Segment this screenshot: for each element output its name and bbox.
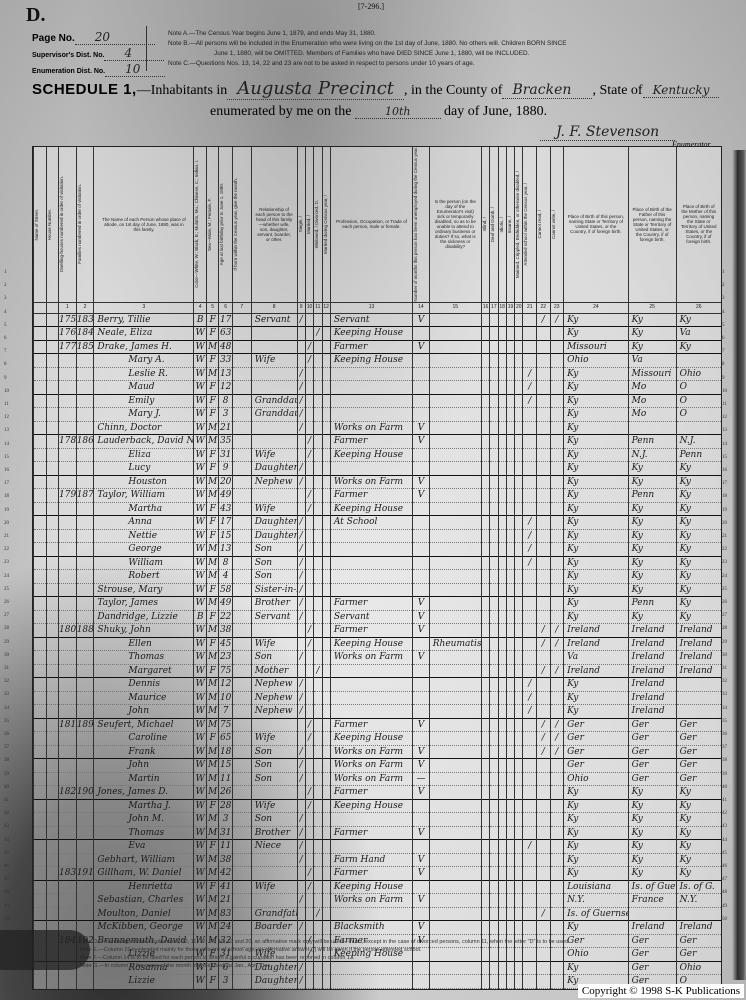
- unemployed-cell: V: [413, 786, 430, 800]
- occupation-cell: [330, 691, 412, 705]
- cannot-read-cell: /: [537, 745, 551, 759]
- married-year-cell: [322, 637, 330, 651]
- name-cell: George: [94, 543, 194, 557]
- table-row: NettieWF15Daughter//KyKyKy: [34, 529, 722, 543]
- cannot-write-cell: [550, 502, 564, 516]
- census-rows: 175183Berry, TillieBF17Servant/ServantV/…: [34, 313, 722, 988]
- sickness-cell: [429, 786, 481, 800]
- birthplace-cell: Ky: [564, 502, 629, 516]
- single-cell: /: [297, 408, 305, 422]
- cannot-read-cell: [537, 853, 551, 867]
- line-number: 20: [4, 521, 9, 526]
- unemployed-cell: [413, 448, 430, 462]
- married-cell: [305, 543, 313, 557]
- deaf-cell: [490, 435, 498, 449]
- maimed-cell: [515, 354, 523, 368]
- line-number: 36: [722, 732, 727, 737]
- unemployed-cell: V: [413, 610, 430, 624]
- line-number: 35: [4, 719, 9, 724]
- line-number: 14: [4, 442, 9, 447]
- mother-birthplace-cell: Ky: [676, 462, 721, 476]
- line-number: 22: [4, 547, 9, 552]
- married-year-cell: [322, 408, 330, 422]
- color-cell: W: [194, 435, 207, 449]
- school-cell: [523, 799, 537, 813]
- cannot-write-cell: [550, 880, 564, 894]
- single-cell: [297, 435, 305, 449]
- widowed-cell: /: [314, 327, 322, 341]
- street-cell: [34, 367, 47, 381]
- color-cell: W: [194, 840, 207, 854]
- widowed-cell: [314, 745, 322, 759]
- insane-cell: [506, 408, 514, 422]
- married-year-cell: [322, 799, 330, 813]
- birthplace-cell: Ky: [564, 961, 629, 975]
- table-row: 178186Lauderback, David N.WM35/FarmerVKy…: [34, 435, 722, 449]
- widowed-cell: [314, 813, 322, 827]
- dwelling-cell: [59, 894, 77, 908]
- dwelling-cell: 175: [59, 313, 77, 327]
- father-birthplace-cell: Ky: [628, 570, 676, 584]
- insane-cell: [506, 664, 514, 678]
- age-cell: 41: [219, 880, 233, 894]
- occupation-cell: Farmer: [330, 867, 412, 881]
- column-number: [34, 302, 47, 313]
- single-cell: [297, 880, 305, 894]
- idiotic-cell: [498, 664, 506, 678]
- single-cell: [297, 867, 305, 881]
- maimed-cell: [515, 556, 523, 570]
- insane-cell: [506, 840, 514, 854]
- family-cell: [76, 759, 94, 773]
- relationship-cell: Wife: [251, 448, 297, 462]
- blind-cell: [481, 691, 489, 705]
- maimed-cell: [515, 516, 523, 530]
- form-letter: D.: [26, 4, 45, 27]
- sex-cell: F: [206, 637, 219, 651]
- maimed-cell: [515, 381, 523, 395]
- unemployed-cell: [413, 543, 430, 557]
- maimed-cell: [515, 529, 523, 543]
- relationship-cell: Nephew: [251, 678, 297, 692]
- supervisor-value: 4: [104, 46, 164, 61]
- color-cell: W: [194, 853, 207, 867]
- widowed-cell: [314, 759, 322, 773]
- sickness-cell: [429, 691, 481, 705]
- single-cell: [297, 502, 305, 516]
- col-name: The Name of each Person whose place of a…: [94, 147, 194, 302]
- name-cell: Mary A.: [94, 354, 194, 368]
- table-row: MaudWF12//KyMoO: [34, 381, 722, 395]
- name-cell: Maurice: [94, 691, 194, 705]
- deaf-cell: [490, 651, 498, 665]
- house-cell: [46, 583, 59, 597]
- color-cell: W: [194, 921, 207, 935]
- relationship-cell: Grandfather: [251, 907, 297, 921]
- school-cell: [523, 826, 537, 840]
- street-cell: [34, 354, 47, 368]
- color-cell: W: [194, 691, 207, 705]
- color-cell: W: [194, 826, 207, 840]
- street-cell: [34, 570, 47, 584]
- birthplace-cell: Ky: [564, 394, 629, 408]
- column-number: 24: [564, 302, 629, 313]
- sickness-cell: [429, 435, 481, 449]
- house-cell: [46, 786, 59, 800]
- widowed-cell: [314, 489, 322, 503]
- dwelling-cell: [59, 813, 77, 827]
- widowed-cell: [314, 826, 322, 840]
- idiotic-cell: [498, 786, 506, 800]
- single-cell: /: [297, 691, 305, 705]
- occupation-cell: Keeping House: [330, 799, 412, 813]
- blind-cell: [481, 448, 489, 462]
- sickness-cell: [429, 489, 481, 503]
- name-cell: John: [94, 759, 194, 773]
- name-cell: Jones, James D.: [94, 786, 194, 800]
- married-cell: [305, 516, 313, 530]
- married-cell: /: [305, 624, 313, 638]
- deaf-cell: [490, 367, 498, 381]
- maimed-cell: [515, 313, 523, 327]
- single-cell: /: [297, 772, 305, 786]
- age-cell: 18: [219, 745, 233, 759]
- mother-birthplace-cell: Ky: [676, 853, 721, 867]
- family-cell: [76, 705, 94, 719]
- married-cell: [305, 894, 313, 908]
- relationship-cell: Brother: [251, 597, 297, 611]
- age-cell: 3: [219, 813, 233, 827]
- cannot-read-cell: [537, 786, 551, 800]
- born-month-cell: [232, 705, 251, 719]
- insane-cell: [506, 597, 514, 611]
- deaf-cell: [490, 718, 498, 732]
- line-number: 8: [722, 362, 725, 367]
- school-cell: /: [523, 516, 537, 530]
- street-cell: [34, 772, 47, 786]
- line-number: 34: [722, 706, 727, 711]
- house-cell: [46, 840, 59, 854]
- family-cell: 189: [76, 718, 94, 732]
- unemployed-cell: [413, 516, 430, 530]
- deaf-cell: [490, 826, 498, 840]
- married-cell: [305, 759, 313, 773]
- unemployed-cell: V: [413, 718, 430, 732]
- married-cell: /: [305, 448, 313, 462]
- dwelling-cell: [59, 448, 77, 462]
- occupation-cell: Keeping House: [330, 732, 412, 746]
- dwelling-cell: [59, 691, 77, 705]
- family-cell: [76, 502, 94, 516]
- single-cell: [297, 799, 305, 813]
- insane-cell: [506, 921, 514, 935]
- blind-cell: [481, 880, 489, 894]
- father-birthplace-cell: Penn: [628, 597, 676, 611]
- married-year-cell: [322, 867, 330, 881]
- line-number: 44: [722, 838, 727, 843]
- deaf-cell: [490, 502, 498, 516]
- blind-cell: [481, 732, 489, 746]
- age-cell: 75: [219, 664, 233, 678]
- relationship-cell: Son: [251, 772, 297, 786]
- line-number: 37: [722, 745, 727, 750]
- school-cell: [523, 313, 537, 327]
- occupation-cell: Works on Farm: [330, 651, 412, 665]
- name-cell: William: [94, 556, 194, 570]
- state-label: , State of: [592, 83, 642, 99]
- married-cell: [305, 745, 313, 759]
- maimed-cell: [515, 637, 523, 651]
- single-cell: /: [297, 475, 305, 489]
- house-cell: [46, 678, 59, 692]
- idiotic-cell: [498, 691, 506, 705]
- cannot-read-cell: [537, 502, 551, 516]
- cannot-write-cell: /: [550, 718, 564, 732]
- deaf-cell: [490, 880, 498, 894]
- maimed-cell: [515, 880, 523, 894]
- married-year-cell: [322, 853, 330, 867]
- relationship-cell: [251, 853, 297, 867]
- family-cell: [76, 651, 94, 665]
- family-cell: [76, 529, 94, 543]
- sex-cell: M: [206, 624, 219, 638]
- married-cell: [305, 462, 313, 476]
- column-number: 17: [490, 302, 498, 313]
- insane-cell: [506, 462, 514, 476]
- house-cell: [46, 826, 59, 840]
- maimed-cell: [515, 543, 523, 557]
- born-month-cell: [232, 732, 251, 746]
- line-number: 32: [722, 679, 727, 684]
- mother-birthplace-cell: Ger: [676, 718, 721, 732]
- line-number: 39: [722, 772, 727, 777]
- insane-cell: [506, 529, 514, 543]
- cannot-write-cell: [550, 583, 564, 597]
- sickness-cell: [429, 624, 481, 638]
- unemployed-cell: V: [413, 340, 430, 354]
- sex-cell: F: [206, 664, 219, 678]
- unemployed-cell: [413, 664, 430, 678]
- father-birthplace-cell: Ky: [628, 853, 676, 867]
- sex-cell: M: [206, 786, 219, 800]
- supervisor-label: Supervisor's Dist. No.: [32, 52, 104, 59]
- sex-cell: M: [206, 421, 219, 435]
- family-cell: [76, 853, 94, 867]
- mother-birthplace-cell: Is. of G.: [676, 880, 721, 894]
- age-cell: 21: [219, 894, 233, 908]
- married-year-cell: [322, 745, 330, 759]
- line-number: 1: [4, 270, 7, 275]
- mother-birthplace-cell: Ireland: [676, 637, 721, 651]
- col-maimed: Maimed, Crippled, Bedridden, or otherwis…: [515, 147, 523, 302]
- school-cell: /: [523, 691, 537, 705]
- unemployed-cell: V: [413, 597, 430, 611]
- father-birthplace-cell: [628, 421, 676, 435]
- relationship-cell: Daughter: [251, 462, 297, 476]
- cannot-read-cell: /: [537, 624, 551, 638]
- birthplace-cell: Ky: [564, 826, 629, 840]
- mother-birthplace-cell: N.J.: [676, 435, 721, 449]
- deaf-cell: [490, 381, 498, 395]
- sex-cell: F: [206, 516, 219, 530]
- single-cell: /: [297, 921, 305, 935]
- line-number: 8: [4, 362, 7, 367]
- column-number: 2: [76, 302, 94, 313]
- sickness-cell: [429, 732, 481, 746]
- single-cell: [297, 354, 305, 368]
- deaf-cell: [490, 705, 498, 719]
- married-year-cell: [322, 691, 330, 705]
- house-cell: [46, 475, 59, 489]
- blind-cell: [481, 759, 489, 773]
- father-birthplace-cell: Ky: [628, 556, 676, 570]
- line-number: 21: [4, 534, 9, 539]
- house-cell: [46, 624, 59, 638]
- deaf-cell: [490, 340, 498, 354]
- col-father-birthplace: Place of Birth of the Father of this per…: [628, 147, 676, 302]
- birthplace-cell: Ky: [564, 799, 629, 813]
- insane-cell: [506, 867, 514, 881]
- house-cell: [46, 516, 59, 530]
- sex-cell: M: [206, 556, 219, 570]
- line-number: 31: [722, 666, 727, 671]
- line-number: 21: [722, 534, 727, 539]
- street-cell: [34, 907, 47, 921]
- married-year-cell: [322, 840, 330, 854]
- dwelling-cell: [59, 570, 77, 584]
- widowed-cell: [314, 583, 322, 597]
- maimed-cell: [515, 475, 523, 489]
- unemployed-cell: [413, 502, 430, 516]
- dwelling-cell: [59, 826, 77, 840]
- relationship-cell: Son: [251, 759, 297, 773]
- line-number: 29: [4, 640, 9, 645]
- widowed-cell: [314, 448, 322, 462]
- single-cell: [297, 489, 305, 503]
- deaf-cell: [490, 813, 498, 827]
- house-cell: [46, 745, 59, 759]
- born-month-cell: [232, 340, 251, 354]
- married-cell: [305, 556, 313, 570]
- color-cell: W: [194, 367, 207, 381]
- father-birthplace-cell: Ireland: [628, 691, 676, 705]
- married-year-cell: [322, 340, 330, 354]
- deaf-cell: [490, 907, 498, 921]
- father-birthplace-cell: Mo: [628, 408, 676, 422]
- table-row: HoustonWM20Nephew/Works on FarmVKyKyKy: [34, 475, 722, 489]
- cannot-read-cell: [537, 394, 551, 408]
- maimed-cell: [515, 327, 523, 341]
- line-number: 19: [722, 508, 727, 513]
- table-row: DennisWM12Nephew//KyIreland: [34, 678, 722, 692]
- birthplace-cell: Ky: [564, 867, 629, 881]
- widowed-cell: [314, 624, 322, 638]
- relationship-cell: Son: [251, 570, 297, 584]
- name-cell: Taylor, James: [94, 597, 194, 611]
- birthplace-cell: Ky: [564, 435, 629, 449]
- idiotic-cell: [498, 732, 506, 746]
- table-row: CarolineWF65Wife/Keeping House//GerGerGe…: [34, 732, 722, 746]
- line-number: 7: [4, 349, 7, 354]
- married-year-cell: [322, 313, 330, 327]
- cannot-read-cell: /: [537, 313, 551, 327]
- mother-birthplace-cell: Ky: [676, 313, 721, 327]
- sickness-cell: [429, 502, 481, 516]
- blind-cell: [481, 637, 489, 651]
- school-cell: [523, 867, 537, 881]
- married-cell: [305, 381, 313, 395]
- sex-cell: F: [206, 840, 219, 854]
- maimed-cell: [515, 975, 523, 989]
- street-cell: [34, 718, 47, 732]
- relationship-cell: Son: [251, 813, 297, 827]
- cannot-read-cell: /: [537, 907, 551, 921]
- occupation-cell: [330, 462, 412, 476]
- family-cell: [76, 462, 94, 476]
- house-cell: [46, 489, 59, 503]
- blind-cell: [481, 813, 489, 827]
- born-month-cell: [232, 786, 251, 800]
- family-cell: 187: [76, 489, 94, 503]
- mother-birthplace-cell: Ireland: [676, 664, 721, 678]
- idiotic-cell: [498, 651, 506, 665]
- mother-birthplace-cell: Ky: [676, 583, 721, 597]
- line-number: 19: [4, 508, 9, 513]
- insane-cell: [506, 394, 514, 408]
- mother-birthplace-cell: Ohio: [676, 367, 721, 381]
- sickness-cell: [429, 583, 481, 597]
- name-cell: Maud: [94, 381, 194, 395]
- cannot-read-cell: /: [537, 732, 551, 746]
- married-year-cell: [322, 435, 330, 449]
- idiotic-cell: [498, 637, 506, 651]
- sex-cell: M: [206, 826, 219, 840]
- birthplace-cell: Va: [564, 651, 629, 665]
- table-row: ElizaWF31Wife/Keeping HouseKyN.J.Penn: [34, 448, 722, 462]
- line-number: 1: [722, 270, 725, 275]
- cannot-read-cell: [537, 867, 551, 881]
- occupation-cell: Keeping House: [330, 354, 412, 368]
- married-year-cell: [322, 732, 330, 746]
- widowed-cell: [314, 921, 322, 935]
- line-number: 5: [722, 323, 725, 328]
- mother-birthplace-cell: Ky: [676, 475, 721, 489]
- occupation-cell: [330, 529, 412, 543]
- sex-cell: F: [206, 313, 219, 327]
- cannot-write-cell: [550, 894, 564, 908]
- dwelling-cell: [59, 840, 77, 854]
- column-number: 9: [297, 302, 305, 313]
- family-cell: [76, 543, 94, 557]
- name-cell: Eliza: [94, 448, 194, 462]
- family-cell: [76, 691, 94, 705]
- sex-cell: F: [206, 880, 219, 894]
- table-row: 181189Seufert, MichaelWM75/FarmerV//GerG…: [34, 718, 722, 732]
- birthplace-cell: Ger: [564, 718, 629, 732]
- maimed-cell: [515, 597, 523, 611]
- name-cell: Henrietta: [94, 880, 194, 894]
- blind-cell: [481, 718, 489, 732]
- dwelling-cell: [59, 516, 77, 530]
- cannot-write-cell: [550, 394, 564, 408]
- dwelling-cell: 179: [59, 489, 77, 503]
- house-cell: [46, 664, 59, 678]
- table-row: AnnaWF17Daughter/At School/KyKyKy: [34, 516, 722, 530]
- col-mother-birthplace: Place of Birth of the Mother of this per…: [676, 147, 721, 302]
- cannot-write-cell: [550, 853, 564, 867]
- mother-birthplace-cell: Va: [676, 327, 721, 341]
- color-cell: W: [194, 381, 207, 395]
